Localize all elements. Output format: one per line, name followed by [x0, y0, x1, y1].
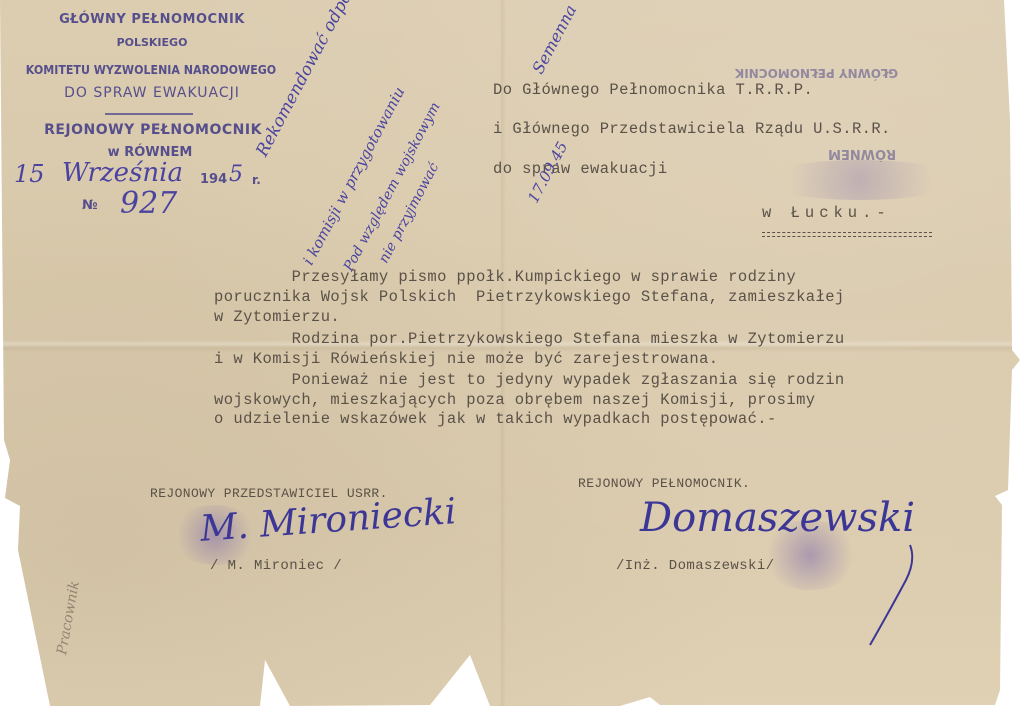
stamp-number-label: №: [82, 198, 98, 213]
stamp-line-3: KOMITETU WYZWOLENIA NARODOWEGO: [19, 63, 282, 77]
body-p1-line1: Przesyłamy pismo ppołk.Kumpickiego w spr…: [214, 268, 796, 286]
received-stamp-text: GŁÓWNY PEŁNOMOCNIK: [735, 66, 898, 80]
addressee-underline-2: [762, 236, 932, 237]
stamp-date-month: Września: [62, 158, 183, 188]
stamp-smudge: [760, 160, 960, 200]
body-p2-line1: Rodzina por.Pietrzykowskiego Stefana mie…: [214, 330, 845, 348]
received-stamp-city: RÓWNEM: [828, 146, 896, 161]
stamp-date-year-suffix: 5: [229, 162, 243, 187]
addressee-line-1: Do Głównego Pełnomocnika T.R.R.P.: [493, 81, 813, 99]
stamp-line-4: DO SPRAW EWAKUACJI: [22, 85, 282, 101]
stamp-line-5: REJONOWY PEŁNOMOCNIK: [18, 122, 288, 138]
body-p3-line2: wojskowych, mieszkających poza obrębem n…: [214, 391, 816, 409]
stamp-line-2: POLSKIEGO: [22, 36, 282, 49]
signature-right-tail: [860, 540, 920, 650]
body-p1-line3: w Zytomierzu.: [214, 308, 340, 326]
stamp-divider: [105, 113, 193, 115]
stamp-line-1: GŁÓWNY PEŁNOMOCNIK: [22, 12, 282, 27]
stamp-date-day: 15: [14, 160, 45, 188]
stamp-number-value: 927: [120, 186, 177, 221]
signature-right-handwriting: Domaszewski: [640, 495, 915, 541]
addressee-underline-1: [762, 232, 932, 233]
addressee-line-4: w Łucku.-: [762, 204, 891, 222]
addressee-line-3: do spraw ewakuacji: [493, 160, 668, 178]
signature-right-name: /Inż. Domaszewski/: [616, 558, 774, 574]
signature-left-name: / M. Mironiec /: [210, 558, 342, 574]
addressee-line-2: i Głównego Przedstawiciela Rządu U.S.R.R…: [493, 120, 891, 138]
body-p2-line2: i w Komisji Rówieńskiej nie może być zar…: [214, 350, 718, 368]
body-p1-line2: porucznika Wojsk Polskich Pietrzykowskie…: [214, 288, 845, 306]
stamp-date-year: 194: [200, 172, 227, 187]
stamp-date-r: r.: [252, 173, 261, 187]
body-p3-line3: o udzielenie wskazówek jak w takich wypa…: [214, 410, 777, 428]
signature-right-title: REJONOWY PEŁNOMOCNIK.: [578, 476, 750, 491]
body-p3-line1: Ponieważ nie jest to jedyny wypadek zgła…: [214, 371, 845, 389]
